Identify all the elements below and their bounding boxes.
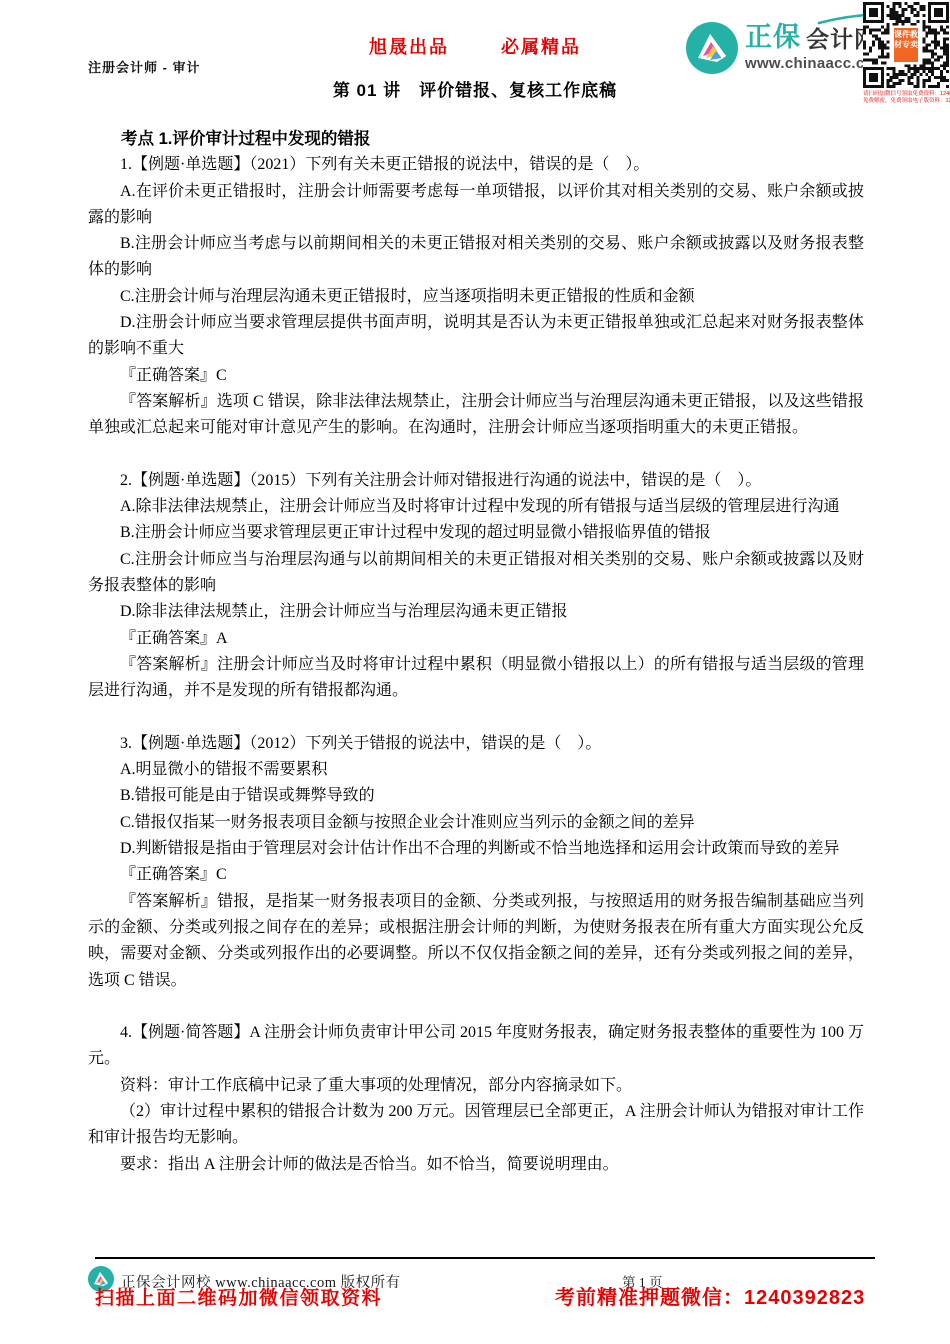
course-label: 注册会计师 - 审计 [88,57,201,76]
lecture-content: 考点 1.评价审计过程中发现的错报1.【例题·单选题】（2021）下列有关未更正… [88,126,864,1178]
content-paragraph: C.注册会计师与治理层沟通未更正错报时，应当逐项指明未更正错报的性质和金额 [88,284,864,310]
content-paragraph: D.除非法律法规禁止，注册会计师应当与治理层沟通未更正错报 [88,599,864,625]
content-paragraph: 1.【例题·单选题】（2021）下列有关未更正错报的说法中，错误的是（ ）。 [88,152,864,178]
content-paragraph: 『答案解析』注册会计师应当及时将审计过程中累积（明显微小错报以上）的所有错报与适… [88,652,864,705]
content-paragraph: 3.【例题·单选题】（2012）下列关于错报的说法中，错误的是（ ）。 [88,731,864,757]
content-paragraph: B.注册会计师应当要求管理层更正审计过程中发现的超过明显微小错报临界值的错报 [88,520,864,546]
content-paragraph: （2）审计过程中累积的错报合计数为 200 万元。因管理层已全部更正，A 注册会… [88,1099,864,1152]
content-paragraph: B.注册会计师应当考虑与以前期间相关的未更正错报对相关类别的交易、账户余额或披露… [88,231,864,284]
content-paragraph: C.错报仅指某一财务报表项目金额与按照企业会计准则应当列示的金额之间的差异 [88,810,864,836]
qr-captions: 请扫码加微信号领取免费资料：1240392823 免费解密，免费领取电子版资料：… [863,90,949,104]
content-paragraph: 资料：审计工作底稿中记录了重大事项的处理情况，部分内容摘录如下。 [88,1073,864,1099]
content-paragraph [88,442,864,468]
content-paragraph: 『正确答案』C [88,363,864,389]
section-heading: 考点 1.评价审计过程中发现的错报 [88,126,864,152]
slogan-left: 旭晟出品 [369,37,449,57]
qr-center-badge: 课件教材专卖 [894,28,918,62]
content-paragraph: A.除非法律法规禁止，注册会计师应当及时将审计过程中发现的所有错报与适当层级的管… [88,494,864,520]
content-paragraph: A.在评价未更正错报时，注册会计师需要考虑每一单项错报，以评价其对相关类别的交易… [88,179,864,232]
slogan-right: 必属精品 [501,37,581,57]
qr-caption-line1: 请扫码加微信号领取免费资料：1240392823 [863,90,949,97]
content-paragraph: D.判断错报是指由于管理层对会计估计作出不合理的判断或不恰当地选择和运用会计政策… [88,836,864,862]
content-paragraph: C.注册会计师应当与治理层沟通与以前期间相关的未更正错报对相关类别的交易、账户余… [88,547,864,600]
brand-name-primary: 正保 [745,24,801,51]
content-paragraph: B.错报可能是由于错误或舞弊导致的 [88,783,864,809]
content-paragraph: 『正确答案』A [88,626,864,652]
content-paragraph: 2.【例题·单选题】（2015）下列有关注册会计师对错报进行沟通的说法中，错误的… [88,468,864,494]
content-paragraph [88,705,864,731]
footer-wechat-tip: 考前精准押题微信：1240392823 [555,1281,865,1310]
footer-divider [95,1257,875,1259]
content-paragraph [88,994,864,1020]
footer-scan-tip: 扫描上面二维码加微信领取资料 [95,1283,382,1310]
qr-code: 课件教材专卖 [863,2,949,88]
content-paragraph: 要求：指出 A 注册会计师的做法是否恰当。如不恰当，简要说明理由。 [88,1152,864,1178]
content-paragraph: 『答案解析』选项 C 错误，除非法律法规禁止，注册会计师应当与治理层沟通未更正错… [88,389,864,442]
content-paragraph: 『正确答案』C [88,862,864,888]
content-paragraph: A.明显微小的错报不需要累积 [88,757,864,783]
qr-block: 课件教材专卖 请扫码加微信号领取免费资料：1240392823 免费解密，免费领… [863,2,949,118]
content-paragraph: 4.【例题·简答题】A 注册会计师负责审计甲公司 2015 年度财务报表，确定财… [88,1020,864,1073]
content-paragraph: 『答案解析』错报，是指某一财务报表项目的金额、分类或列报，与按照适用的财务报告编… [88,889,864,994]
content-paragraph: D.注册会计师应当要求管理层提供书面声明，说明其是否认为未更正错报单独或汇总起来… [88,310,864,363]
brand-logo-icon [686,22,738,74]
page-title: 第 01 讲 评价错报、复核工作底稿 [0,76,950,101]
document-page: 注册会计师 - 审计 旭晟出品必属精品 第 01 讲 评价错报、复核工作底稿 正… [0,0,950,1344]
qr-caption-line2: 免费解密，免费领取电子版资料：1240392823 [863,97,949,104]
